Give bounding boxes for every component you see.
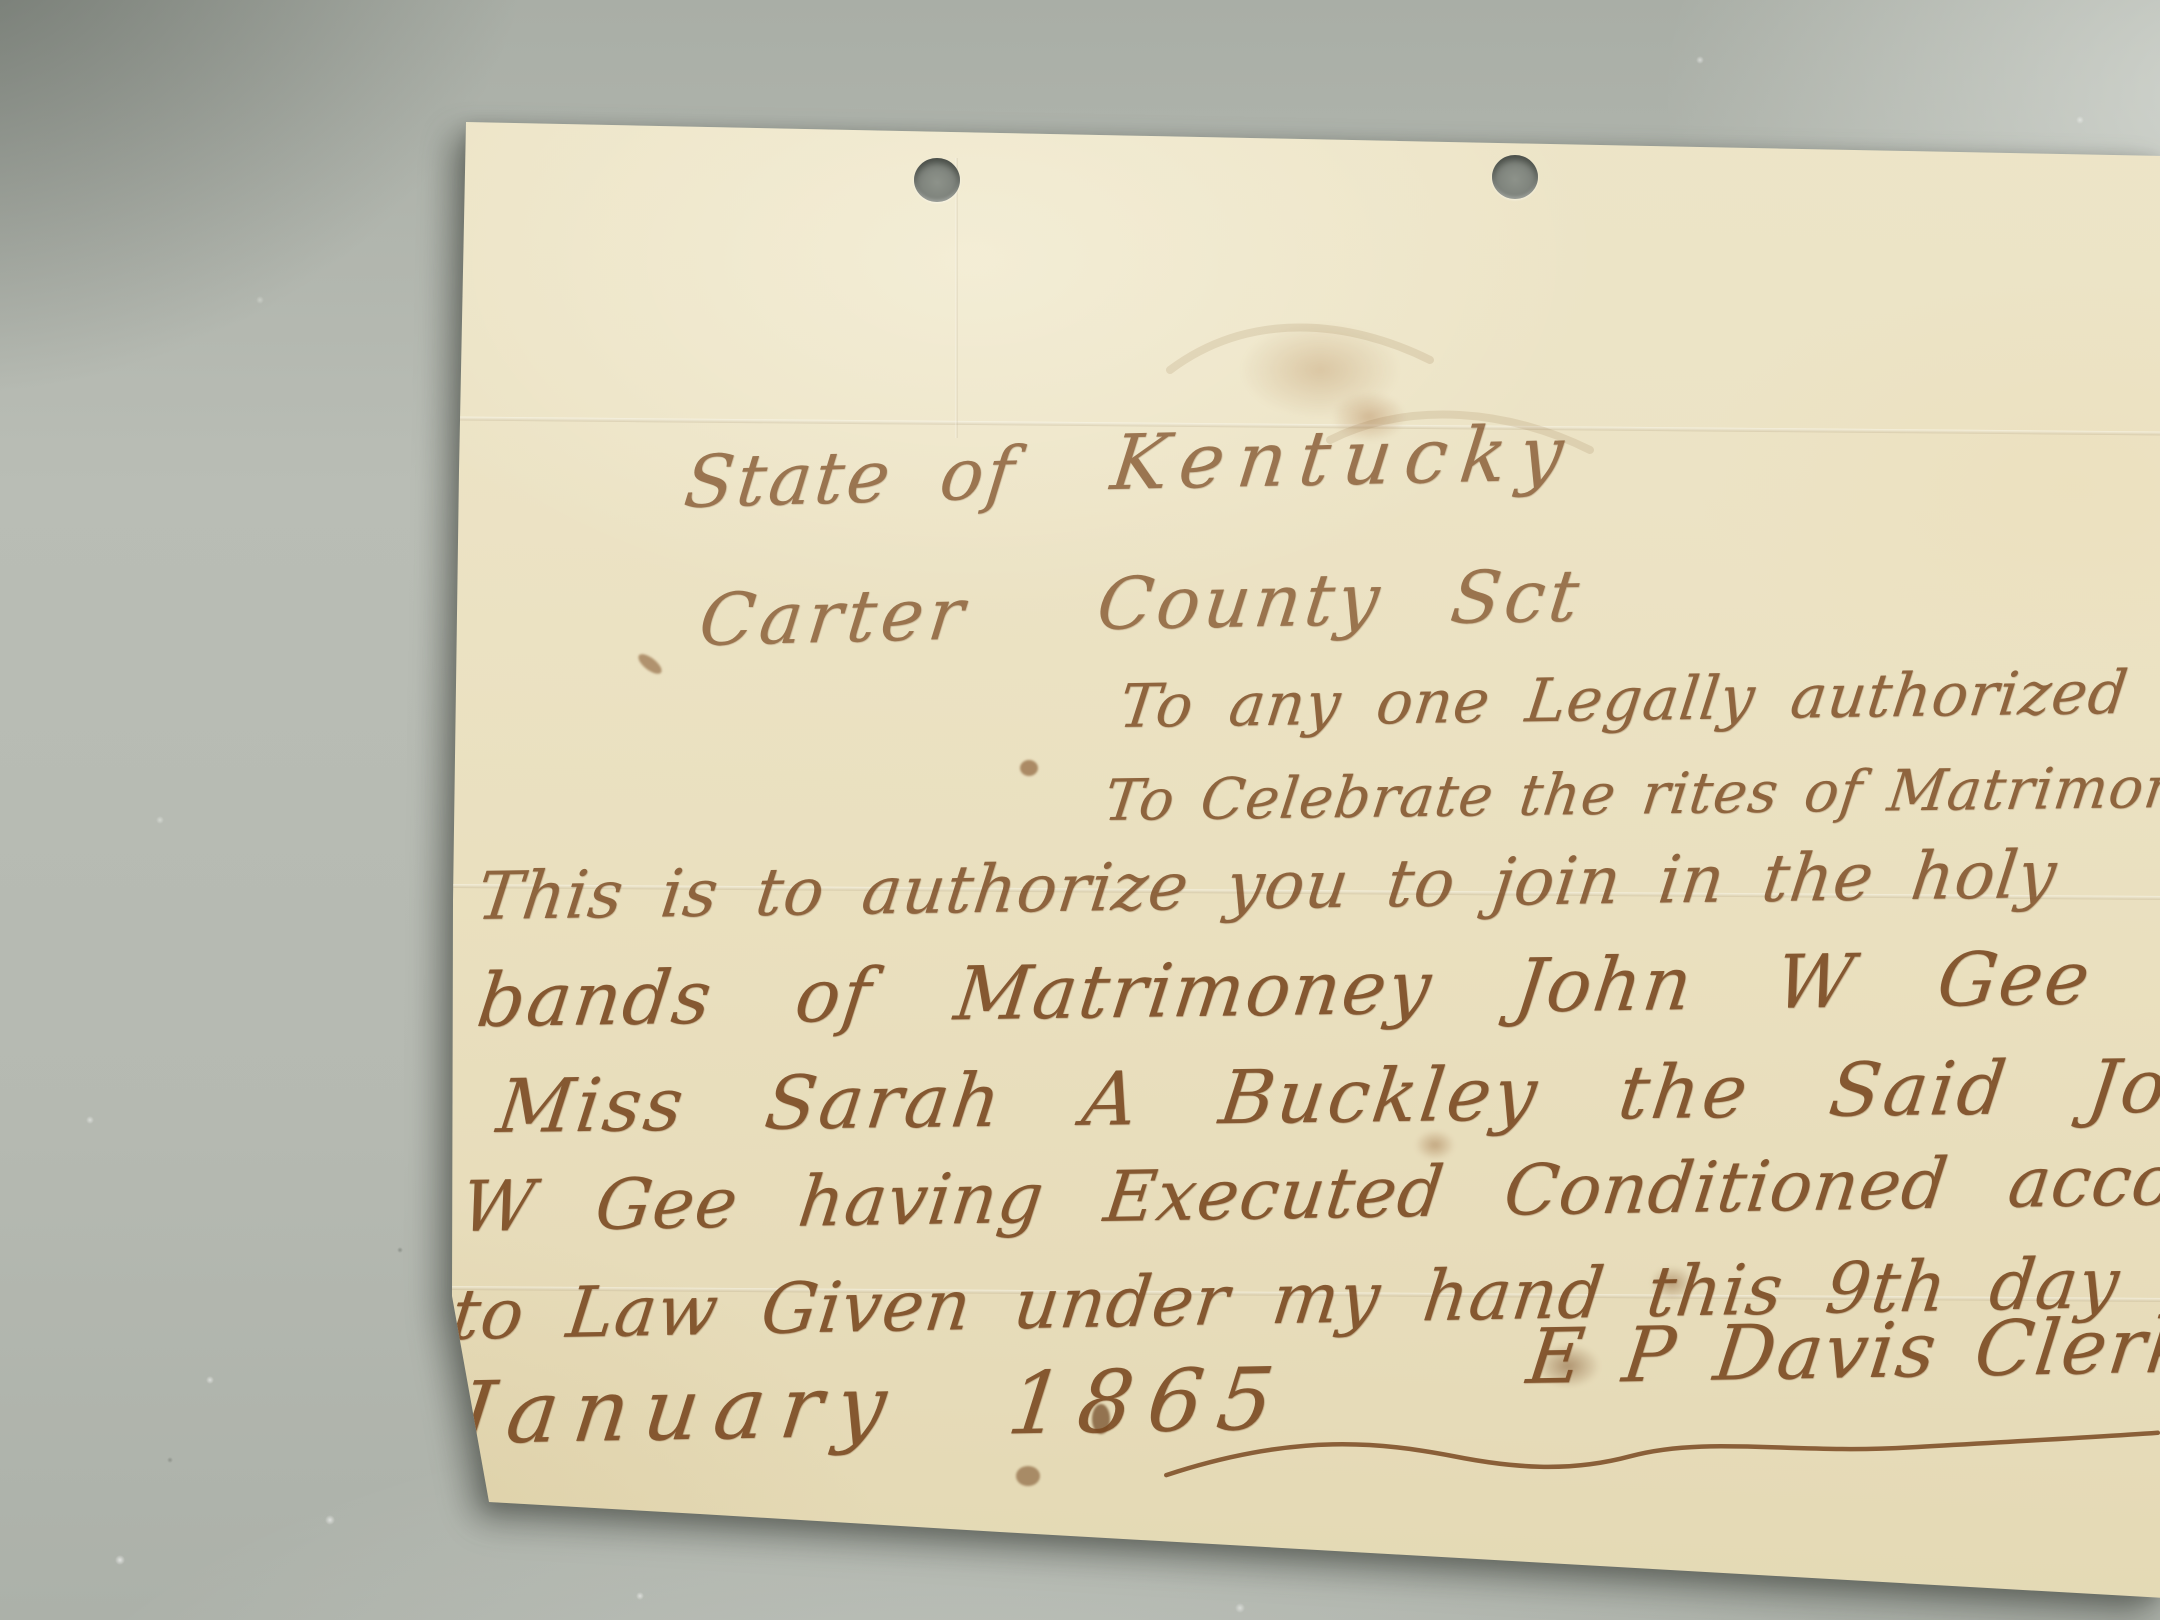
handwriting-date: January 1865 <box>452 1349 1294 1464</box>
photo-of-document: State of Kentucky Carter County Sct To a… <box>0 0 2160 1620</box>
ink-dot-mid <box>1020 760 1038 776</box>
handwriting-state-of: State of <box>680 431 1021 525</box>
handwriting-kentucky: Kentucky <box>1107 408 1581 507</box>
handwriting-body-3: Miss Sarah A Buckley the Said John <box>492 1042 2160 1150</box>
fold-crease-vertical <box>955 158 958 438</box>
punch-hole-left <box>914 158 960 202</box>
stain-top-center <box>1240 322 1400 418</box>
handwriting-county-sct: County Sct <box>1093 553 1588 646</box>
handwriting-body-1: This is to authorize you to join in the … <box>473 836 2061 935</box>
signature-flourish <box>1147 1387 2160 1508</box>
ink-blot-january <box>1016 1466 1040 1486</box>
ink-comma-mark <box>635 651 664 678</box>
handwriting-signature: E P Davis Clerk C C C <box>1523 1295 2160 1401</box>
handwriting-carter: Carter <box>695 571 973 662</box>
handwriting-celebrate: To Celebrate the rites of Matrimoney <box>1101 754 2160 834</box>
paper-sheet: State of Kentucky Carter County Sct To a… <box>0 0 2160 1620</box>
paper-sheet-wrapper: State of Kentucky Carter County Sct To a… <box>0 0 2160 1620</box>
handwriting-body-4: W Gee having Executed Conditioned accord… <box>457 1136 2160 1248</box>
punch-hole-right <box>1492 155 1538 199</box>
handwriting-addressee: To any one Legally authorized <box>1116 658 2133 742</box>
handwriting-body-2: bands of Matrimoney John W Gee and <box>473 932 2160 1044</box>
